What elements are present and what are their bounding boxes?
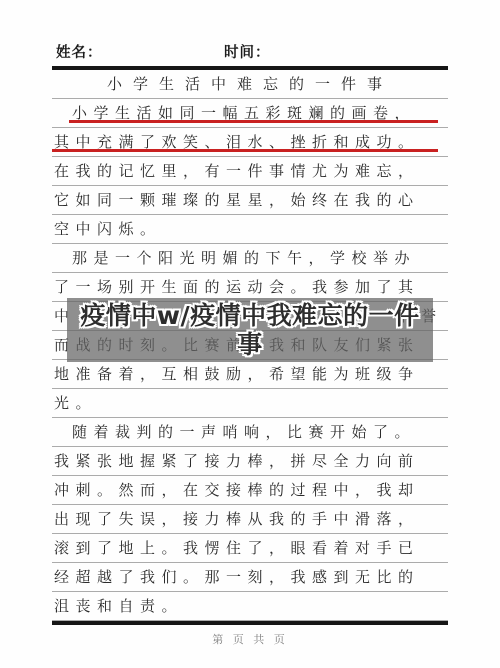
time-label: 时间： <box>224 41 271 62</box>
essay-line-text: 地准备着，互相鼓励，希望能为班级争 <box>54 363 420 384</box>
essay-line: 在我的记忆里，有一件事情尤为难忘， <box>52 157 448 186</box>
essay-line-text: 在我的记忆里，有一件事情尤为难忘， <box>54 160 420 181</box>
watermark-text-line2: 事 <box>67 330 433 359</box>
essay-line: 光。 <box>52 389 448 418</box>
essay-line: 它如同一颗璀璨的星星，始终在我的心 <box>52 186 448 215</box>
page-header: 姓名： 时间： <box>0 41 500 61</box>
essay-line: 那是一个阳光明媚的下午，学校举办 <box>52 244 448 273</box>
page-footer: 第 页 共 页 <box>0 631 500 647</box>
essay-line: 沮丧和自责。 <box>52 592 448 621</box>
essay-line-text: 沮丧和自责。 <box>54 595 183 616</box>
essay-title: 小学生活中难忘的一件事 <box>107 73 393 94</box>
essay-line-text: 我紧张地握紧了接力棒，拼尽全力向前 <box>54 450 420 471</box>
essay-line-text: 空中闪烁。 <box>54 218 162 239</box>
red-underline <box>69 120 438 123</box>
essay-line: 滚到了地上。我愣住了，眼看着对手已 <box>52 534 448 563</box>
essay-line: 地准备着，互相鼓励，希望能为班级争 <box>52 360 448 389</box>
essay-line: 冲刺。然而，在交接棒的过程中，我却 <box>52 476 448 505</box>
essay-line-text: 了一场别开生面的运动会。我参加了其 <box>54 276 420 297</box>
essay-line: 经超越了我们。那一刻，我感到无比的 <box>52 563 448 592</box>
essay-line: 空中闪烁。 <box>52 215 448 244</box>
essay-line: 小学生活如同一幅五彩斑斓的画卷， <box>52 99 448 128</box>
watermark-text-line1: 疫情中w/疫情中我难忘的一件 <box>67 301 433 330</box>
name-label: 姓名： <box>56 41 103 62</box>
essay-line-text: 滚到了地上。我愣住了，眼看着对手已 <box>54 537 420 558</box>
essay-line-text: 冲刺。然而，在交接棒的过程中，我却 <box>54 479 420 500</box>
red-underline <box>52 149 438 152</box>
essay-line-text: 出现了失误，接力棒从我的手中滑落， <box>54 508 420 529</box>
essay-line-text: 光。 <box>54 392 97 413</box>
essay-line-text: 它如同一颗璀璨的星星，始终在我的心 <box>54 189 420 210</box>
scanned-essay-page: 姓名： 时间： 小学生活中难忘的一件事 小学生活如同一幅五彩斑斓的画卷， 其中充… <box>0 0 500 668</box>
essay-line-text: 随着裁判的一声哨响，比赛开始了。 <box>72 421 416 442</box>
essay-line: 其中充满了欢笑、泪水、挫折和成功。 <box>52 128 448 157</box>
essay-line-text: 那是一个阳光明媚的下午，学校举办 <box>72 247 416 268</box>
essay-line: 出现了失误，接力棒从我的手中滑落， <box>52 505 448 534</box>
bottom-rule <box>52 621 448 625</box>
essay-title-row: 小学生活中难忘的一件事 <box>52 70 448 99</box>
essay-line: 随着裁判的一声哨响，比赛开始了。 <box>52 418 448 447</box>
essay-line: 我紧张地握紧了接力棒，拼尽全力向前 <box>52 447 448 476</box>
watermark-overlay: 疫情中w/疫情中我难忘的一件 事 <box>67 298 433 362</box>
essay-line-text: 经超越了我们。那一刻，我感到无比的 <box>54 566 420 587</box>
